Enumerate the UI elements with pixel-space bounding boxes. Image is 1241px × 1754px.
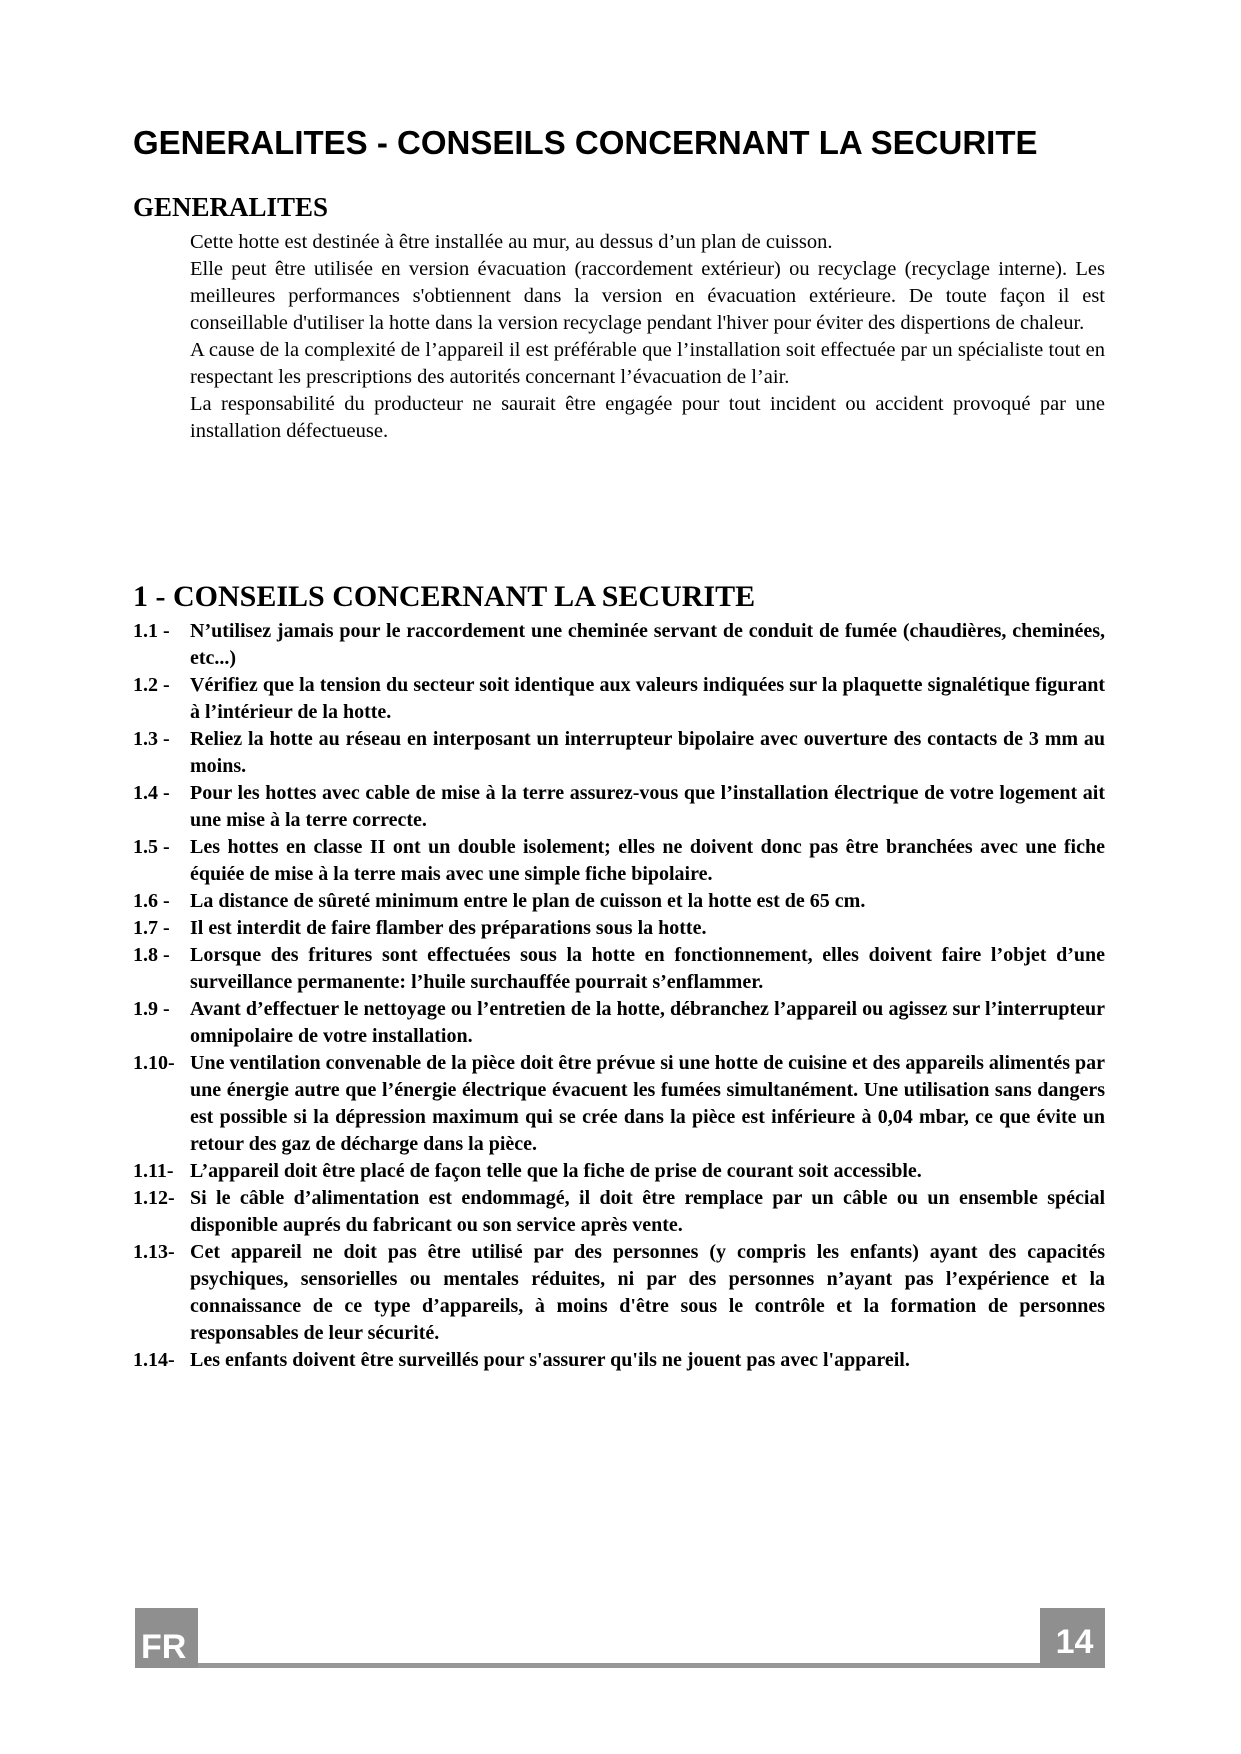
safety-item: 1.10- Une ventilation convenable de la p… xyxy=(133,1050,1105,1158)
document-page: GENERALITES - CONSEILS CONCERNANT LA SEC… xyxy=(0,0,1241,1754)
section-conseils-securite: 1 - CONSEILS CONCERNANT LA SECURITE 1.1 … xyxy=(133,580,1105,1374)
safety-item: 1.8 - Lorsque des fritures sont effectué… xyxy=(133,942,1105,996)
safety-item: 1.13- Cet appareil ne doit pas être util… xyxy=(133,1239,1105,1347)
item-text: Les enfants doivent être surveillés pour… xyxy=(190,1349,910,1371)
safety-item: 1.9 - Avant d’effectuer le nettoyage ou … xyxy=(133,996,1105,1050)
item-number: 1.11- xyxy=(133,1158,174,1185)
safety-item: 1.5 - Les hottes en classe II ont un dou… xyxy=(133,834,1105,888)
item-number: 1.10- xyxy=(133,1050,175,1077)
item-text: Il est interdit de faire flamber des pré… xyxy=(190,917,706,939)
item-text: Cet appareil ne doit pas être utilisé pa… xyxy=(190,1241,1105,1344)
generalites-paragraph: Cette hotte est destinée à être installé… xyxy=(190,229,1105,256)
language-code: FR xyxy=(141,1630,186,1664)
item-number: 1.3 - xyxy=(133,726,170,753)
item-number: 1.6 - xyxy=(133,888,170,915)
page-footer: FR 14 xyxy=(135,1608,1105,1668)
item-number: 1.13- xyxy=(133,1239,175,1266)
safety-item: 1.6 - La distance de sûreté minimum entr… xyxy=(133,888,1105,915)
item-text: Avant d’effectuer le nettoyage ou l’entr… xyxy=(190,998,1105,1047)
conseils-heading: 1 - CONSEILS CONCERNANT LA SECURITE xyxy=(133,580,1105,613)
safety-item: 1.7 - Il est interdit de faire flamber d… xyxy=(133,915,1105,942)
item-text: Vérifiez que la tension du secteur soit … xyxy=(190,674,1105,723)
page-title: GENERALITES - CONSEILS CONCERNANT LA SEC… xyxy=(133,124,1105,162)
item-text: La distance de sûreté minimum entre le p… xyxy=(190,890,865,912)
item-text: Lorsque des fritures sont effectuées sou… xyxy=(190,944,1105,993)
item-text: Une ventilation convenable de la pièce d… xyxy=(190,1052,1105,1155)
item-number: 1.2 - xyxy=(133,672,170,699)
item-text: Si le câble d’alimentation est endommagé… xyxy=(190,1187,1105,1236)
safety-item: 1.3 - Reliez la hotte au réseau en inter… xyxy=(133,726,1105,780)
item-text: Pour les hottes avec cable de mise à la … xyxy=(190,782,1105,831)
safety-item: 1.14- Les enfants doivent être surveillé… xyxy=(133,1347,1105,1374)
item-number: 1.8 - xyxy=(133,942,170,969)
safety-item: 1.1 - N’utilisez jamais pour le raccorde… xyxy=(133,618,1105,672)
page-number: 14 xyxy=(1056,1625,1094,1659)
page-number-badge: 14 xyxy=(1040,1608,1105,1668)
section-generalites: GENERALITES Cette hotte est destinée à ê… xyxy=(133,192,1105,445)
safety-items-list: 1.1 - N’utilisez jamais pour le raccorde… xyxy=(133,618,1105,1374)
item-text: Reliez la hotte au réseau en interposant… xyxy=(190,728,1105,777)
language-badge: FR xyxy=(135,1608,198,1668)
generalites-heading: GENERALITES xyxy=(133,192,1105,222)
safety-item: 1.11- L’appareil doit être placé de faço… xyxy=(133,1158,1105,1185)
item-number: 1.7 - xyxy=(133,915,170,942)
item-number: 1.12- xyxy=(133,1185,175,1212)
footer-rule xyxy=(198,1663,1040,1668)
item-number: 1.4 - xyxy=(133,780,170,807)
item-number: 1.9 - xyxy=(133,996,170,1023)
generalites-paragraph: A cause de la complexité de l’appareil i… xyxy=(190,337,1105,391)
generalites-paragraph: Elle peut être utilisée en version évacu… xyxy=(190,256,1105,337)
generalites-body: Cette hotte est destinée à être installé… xyxy=(133,229,1105,445)
item-number: 1.5 - xyxy=(133,834,170,861)
generalites-paragraph: La responsabilité du producteur ne saura… xyxy=(190,391,1105,445)
item-number: 1.14- xyxy=(133,1347,175,1374)
item-text: L’appareil doit être placé de façon tell… xyxy=(190,1160,922,1182)
safety-item: 1.12- Si le câble d’alimentation est end… xyxy=(133,1185,1105,1239)
item-number: 1.1 - xyxy=(133,618,170,645)
item-text: Les hottes en classe II ont un double is… xyxy=(190,836,1105,885)
safety-item: 1.2 - Vérifiez que la tension du secteur… xyxy=(133,672,1105,726)
item-text: N’utilisez jamais pour le raccordement u… xyxy=(190,620,1105,669)
safety-item: 1.4 - Pour les hottes avec cable de mise… xyxy=(133,780,1105,834)
